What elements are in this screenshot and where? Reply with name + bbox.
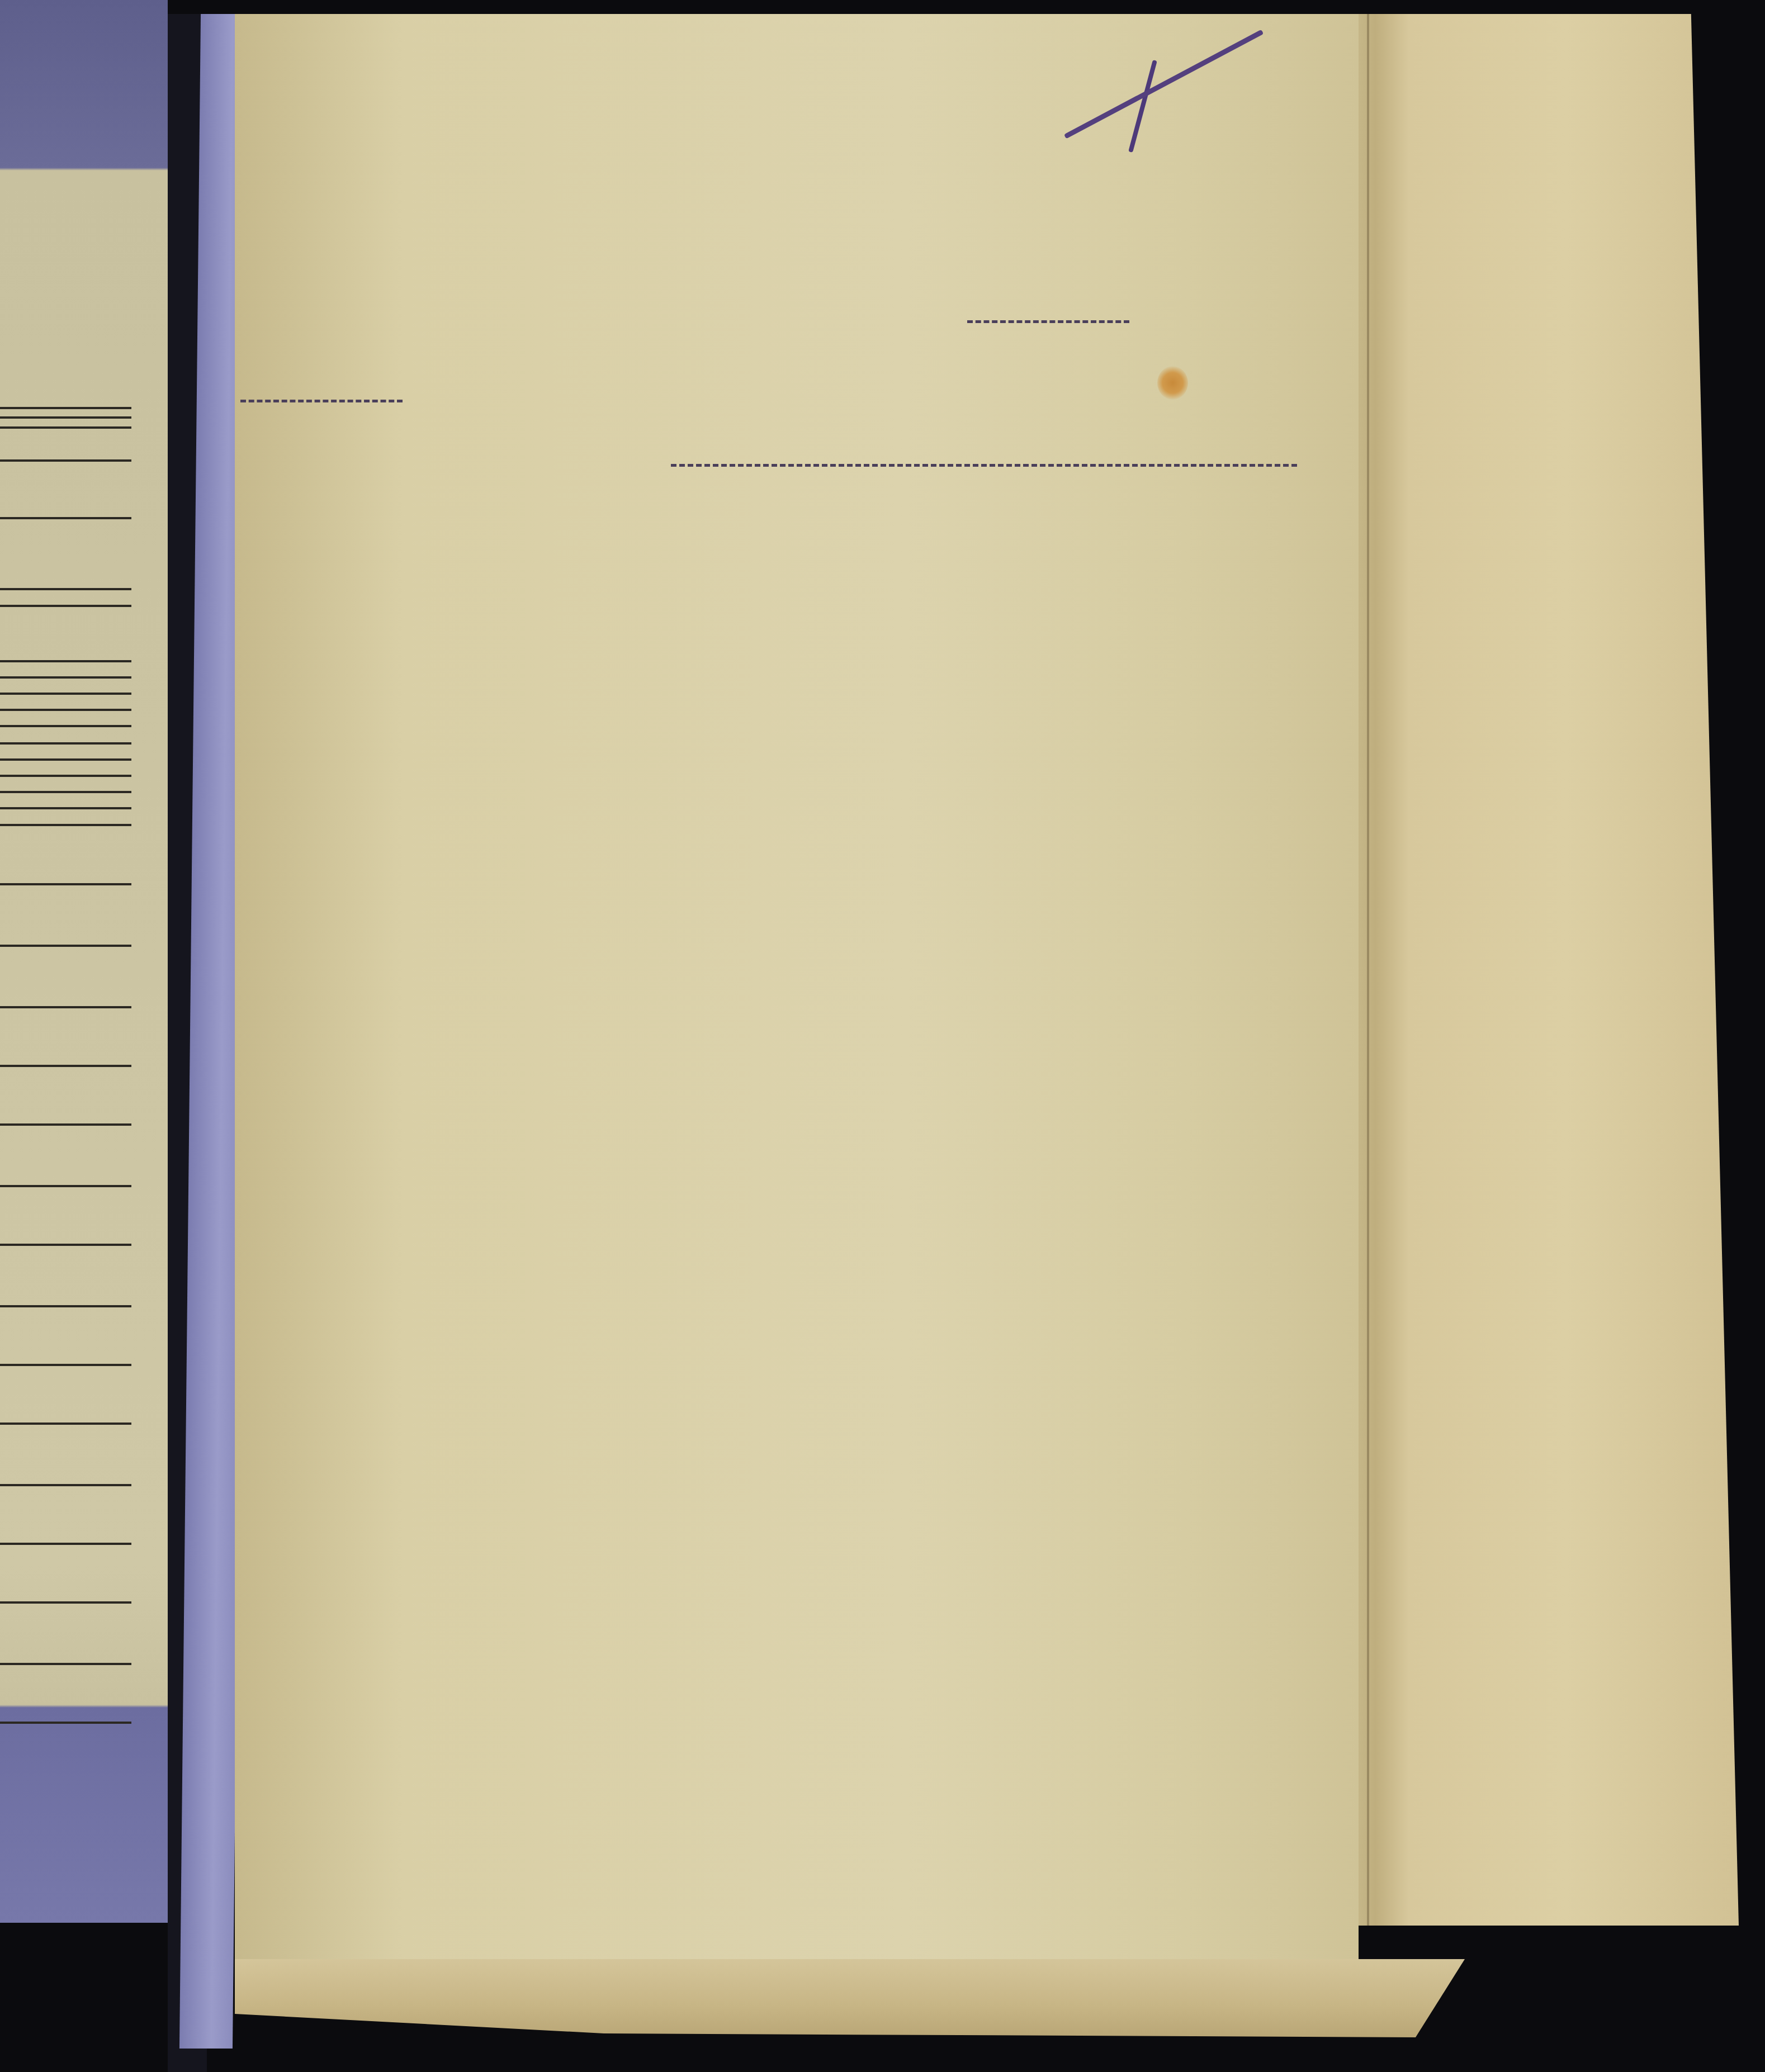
ink-stain xyxy=(1157,366,1188,400)
form-rule xyxy=(0,883,131,885)
form-rule xyxy=(0,1423,131,1425)
form-rule xyxy=(0,742,131,745)
addressee-dashed-line xyxy=(671,464,1297,467)
form-rule xyxy=(0,807,131,809)
uprava-dashed-line xyxy=(240,400,403,402)
form-rule xyxy=(0,426,131,429)
form-rule xyxy=(0,1006,131,1008)
form-rule xyxy=(0,791,131,793)
form-rule xyxy=(0,775,131,777)
form-rule xyxy=(0,407,131,409)
urgency-dashed-line xyxy=(967,320,1129,323)
form-rule xyxy=(0,1663,131,1665)
form-rule xyxy=(0,1244,131,1246)
form-rule xyxy=(0,1601,131,1604)
form-rule xyxy=(0,693,131,695)
form-rule xyxy=(0,725,131,727)
form-rule xyxy=(0,1364,131,1366)
form-rule xyxy=(0,416,131,419)
form-rule xyxy=(0,1722,131,1724)
form-rule xyxy=(0,1543,131,1545)
page-edge xyxy=(1367,14,1369,1926)
form-rule xyxy=(0,588,131,590)
form-rule xyxy=(0,1305,131,1307)
form-rule xyxy=(0,676,131,679)
left-form-sheet xyxy=(0,0,168,1923)
form-rule xyxy=(0,517,131,519)
form-rule xyxy=(0,1185,131,1187)
right-stacked-pages xyxy=(1342,14,1739,1926)
form-rule xyxy=(0,945,131,947)
form-rule xyxy=(0,605,131,607)
form-rule xyxy=(0,459,131,462)
form-rule xyxy=(0,709,131,711)
form-rule xyxy=(0,1484,131,1486)
form-rule xyxy=(0,660,131,662)
form-rule xyxy=(0,824,131,826)
form-rule xyxy=(0,1123,131,1126)
bottom-page-edges xyxy=(235,1959,1465,2037)
form-rule xyxy=(0,758,131,761)
main-document-page xyxy=(235,14,1359,1959)
form-rule xyxy=(0,1065,131,1067)
